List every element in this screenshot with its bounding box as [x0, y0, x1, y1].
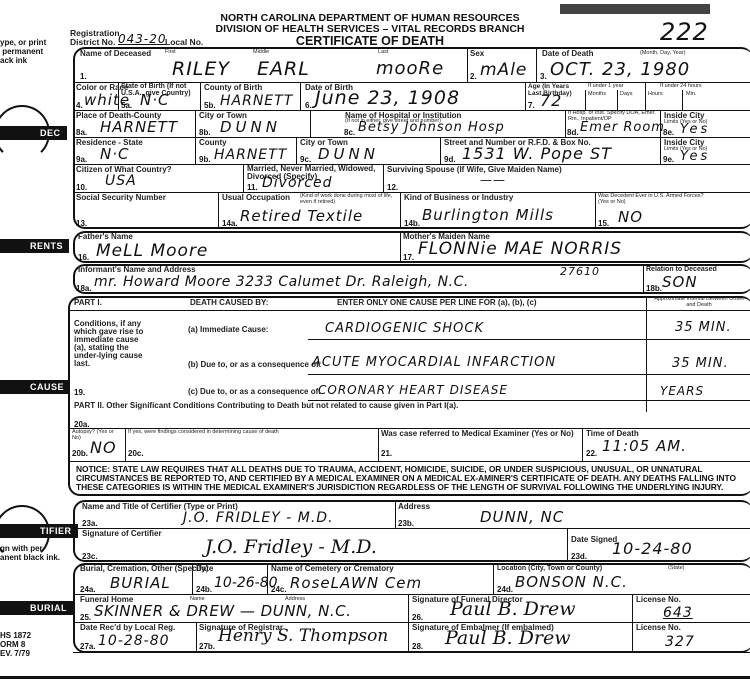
- field-number: 20c.: [128, 449, 144, 458]
- date-format-label: (Month, Day, Year): [640, 51, 685, 57]
- residence-state-value: N·C: [100, 147, 129, 162]
- section-tab-parents: RENTS: [0, 239, 69, 253]
- field-number: 9d.: [444, 155, 456, 164]
- relation-label: Relation to Deceased: [646, 266, 717, 273]
- field-number: 25.: [80, 613, 91, 622]
- field-number: 24a.: [80, 585, 96, 594]
- residence-inside-city-value: Yes: [680, 150, 710, 163]
- field-number: 24b.: [196, 585, 212, 594]
- field-number: 21.: [381, 449, 392, 458]
- field-number: 20b.: [72, 449, 88, 458]
- residence-county-label: County: [199, 139, 227, 147]
- section-tab-decedent: DEC: [0, 126, 67, 140]
- burial-date-value: 10-26-80: [214, 576, 278, 590]
- citizenship-value: USA: [105, 174, 137, 188]
- field-number: 24d.: [497, 585, 513, 594]
- occupation-sublabel: (Kind of work done during most of life, …: [300, 194, 398, 205]
- field-number: 23d.: [571, 552, 587, 561]
- county-of-birth-label: County of Birth: [204, 84, 262, 92]
- cause-b-label: (b) Due to, or as a consequence of:: [188, 361, 321, 369]
- field-number: 18a.: [76, 284, 92, 293]
- field-number: 18b.: [646, 284, 662, 293]
- field-number: 6.: [305, 101, 312, 110]
- field-number: 17.: [403, 253, 414, 262]
- findings-label: If yes, were findings considered in dete…: [128, 430, 279, 436]
- hours-label: Hours: [648, 92, 663, 98]
- armed-forces-value: NO: [618, 210, 643, 225]
- immediate-cause-label: (a) Immediate Cause:: [188, 326, 268, 334]
- field-number: 23a.: [82, 519, 98, 528]
- registrar-signature: Henry S. Thompson: [218, 628, 388, 645]
- location-label: Location (City, Town or County): [497, 565, 602, 572]
- spouse-value: ——: [480, 174, 506, 186]
- embalmer-signature: Paul B. Drew: [445, 629, 570, 648]
- disposition-value: BURIAL: [110, 576, 171, 591]
- field-number: 8b.: [199, 128, 211, 137]
- under-24-hours-label: If under 24 hours: [660, 84, 702, 90]
- informant-label: Informant's Name and Address: [78, 266, 196, 274]
- field-number: 4.: [76, 101, 83, 110]
- business-label: Kind of Business or Industry: [404, 194, 513, 202]
- field-number: 26.: [412, 613, 423, 622]
- field-number: 8e.: [663, 128, 674, 137]
- date-received-label: Date Rec'd by Local Reg.: [80, 624, 175, 632]
- field-number: 7.: [528, 101, 535, 110]
- first-name-label: First: [165, 50, 176, 56]
- medical-examiner-label: Was case referred to Medical Examiner (Y…: [381, 430, 574, 438]
- field-number: 24c.: [271, 585, 287, 594]
- local-number-label: Local No.: [165, 38, 203, 47]
- under-year-label: If under 1 year: [588, 84, 623, 90]
- certifier-name-value: J.O. FRIDLEY - M.D.: [183, 511, 334, 525]
- residence-county-value: HARNETT: [214, 148, 287, 162]
- sex-value: mAle: [480, 62, 527, 79]
- occupation-value: Retired Textile: [240, 209, 363, 224]
- months-label: Months: [588, 92, 606, 98]
- immediate-cause-interval: 35 MIN.: [675, 321, 732, 334]
- middle-name-label: Middle: [253, 50, 269, 56]
- certifier-signature: J.O. Fridley - M.D.: [205, 538, 377, 557]
- field-number: 2.: [470, 72, 477, 81]
- section-tab-cause: CAUSE: [0, 380, 70, 394]
- certifier-address-label: Address: [398, 503, 430, 511]
- hospital-value: Betsy Johnson Hosp: [358, 121, 505, 134]
- cause-c-value: CORONARY HEART DISEASE: [318, 384, 508, 396]
- sex-label: Sex: [470, 50, 484, 58]
- field-number: 3.: [540, 72, 547, 81]
- document-header: NORTH CAROLINA DEPARTMENT OF HUMAN RESOU…: [205, 13, 535, 48]
- district-number: 043-20: [118, 33, 167, 45]
- field-number: 27a.: [80, 642, 96, 651]
- embalmer-license-label: License No.: [636, 624, 681, 632]
- interval-label: Approximate Interval Between Onset and D…: [650, 297, 748, 309]
- field-number: 11.: [247, 183, 258, 192]
- funeral-director-signature: Paul B. Drew: [450, 600, 575, 619]
- county-of-birth-value: HARNETT: [220, 94, 293, 108]
- conditions-note: Conditions, if any which gave rise to im…: [74, 320, 150, 368]
- director-license-label: License No.: [636, 596, 681, 604]
- certifier-address-value: DUNN, NC: [480, 510, 564, 525]
- field-number: 23c.: [82, 552, 98, 561]
- field-number: 14a.: [222, 219, 238, 228]
- immediate-cause-value: CARDIOGENIC SHOCK: [325, 322, 484, 335]
- field-number: 23b.: [398, 519, 414, 528]
- cause-b-interval: 35 MIN.: [672, 357, 729, 370]
- legal-notice: NOTICE: STATE LAW REQUIRES THAT ALL DEAT…: [76, 465, 748, 493]
- field-number: 14b.: [404, 219, 420, 228]
- bottom-rule: [0, 676, 750, 679]
- time-of-death-value: 11:05 AM.: [602, 439, 687, 454]
- minutes-label: Min.: [686, 92, 696, 98]
- certifier-signature-label: Signature of Certifier: [82, 530, 162, 538]
- field-number: 16.: [78, 253, 89, 262]
- middle-name-value: EARL: [257, 60, 310, 79]
- date-of-death-label: Date of Death: [542, 50, 594, 58]
- field-number: 27b.: [199, 642, 215, 651]
- redaction-mark: [560, 4, 710, 14]
- field-number: 9e.: [663, 155, 674, 164]
- state-label: (State): [668, 566, 685, 572]
- field-number: 19.: [74, 388, 85, 397]
- funeral-home-value: SKINNER & DREW — DUNN, N.C.: [94, 604, 351, 619]
- field-number: 15.: [598, 219, 609, 228]
- section-tab-burial: BURIAL: [0, 601, 73, 615]
- field-number: 22.: [586, 449, 597, 458]
- field-number: 5a.: [121, 101, 132, 110]
- hospital-type-value: Emer Room: [580, 121, 665, 134]
- inside-city-value: Yes: [680, 123, 710, 136]
- director-license-value: 643: [663, 606, 693, 620]
- burial-date-label: Date: [196, 565, 213, 573]
- name-label: Name of Deceased: [80, 50, 151, 58]
- part2-label: PART II. Other Significant Conditions Co…: [74, 402, 458, 410]
- marital-status-value: Divorced: [262, 176, 332, 190]
- death-caused-label: DEATH CAUSED BY:: [190, 299, 268, 307]
- cemetery-value: RoseLAWN Cem: [290, 576, 422, 591]
- certificate-number: 222: [660, 20, 709, 44]
- cause-b-value: ACUTE MYOCARDIAL INFARCTION: [312, 356, 556, 369]
- embalmer-license-value: 327: [665, 635, 695, 649]
- mother-value: FLONNie MAE NORRIS: [418, 241, 622, 258]
- field-number: 10.: [76, 183, 87, 192]
- father-value: MeLL Moore: [96, 243, 208, 260]
- spouse-label: Surviving Spouse (If Wife, Give Maiden N…: [387, 166, 562, 174]
- state-of-birth-value: N·C: [140, 93, 169, 108]
- last-name-label: Last: [378, 50, 388, 56]
- relation-value: SON: [662, 275, 698, 290]
- death-city-value: DUNN: [220, 120, 281, 135]
- part1-label: PART I.: [74, 299, 102, 307]
- autopsy-value: NO: [90, 440, 117, 456]
- date-signed-value: 10-24-80: [612, 541, 693, 557]
- instruction-note: ype, or print permanent ack ink: [0, 38, 46, 66]
- field-number: 9a.: [76, 155, 87, 164]
- date-signed-label: Date Signed: [571, 536, 617, 544]
- signature-note: gn with per- anent black ink.: [0, 544, 60, 562]
- first-name-value: RILEY: [172, 60, 230, 79]
- field-number: 1.: [80, 72, 87, 81]
- field-number: 8d.: [567, 128, 579, 137]
- cemetery-label: Name of Cemetery or Crematory: [271, 565, 394, 573]
- district-label: District No.: [70, 38, 115, 47]
- field-number: 9b.: [199, 155, 211, 164]
- field-number: 8a.: [76, 128, 87, 137]
- disposition-label: Burial, Cremation, Other (Specify): [80, 565, 208, 573]
- residence-city-value: DUNN: [318, 147, 379, 162]
- field-number: 13.: [76, 219, 87, 228]
- form-number: HS 1872 ORM 8 EV. 7/79: [0, 631, 31, 659]
- business-value: Burlington Mills: [422, 208, 554, 223]
- field-number: 28.: [412, 642, 423, 651]
- date-of-death-value: OCT. 23, 1980: [550, 61, 690, 79]
- location-value: BONSON N.C.: [515, 575, 628, 590]
- occupation-label: Usual Occupation: [222, 194, 290, 202]
- informant-value: mr. Howard Moore 3233 Calumet Dr. Raleig…: [94, 275, 469, 289]
- cause-c-label: (c) Due to, or as a consequence of:: [188, 388, 321, 396]
- field-number: 5b.: [204, 101, 216, 110]
- enter-one-cause-label: ENTER ONLY ONE CAUSE PER LINE FOR (a), (…: [337, 299, 537, 307]
- field-number: 9c.: [300, 155, 311, 164]
- section-tab-certifier: TIFIER: [0, 524, 78, 538]
- ssn-label: Social Security Number: [76, 194, 166, 202]
- last-name-value: mooRe: [376, 60, 444, 78]
- date-received-value: 10-28-80: [98, 634, 170, 648]
- armed-forces-label: Was Decedent Ever in U.S. Armed Forces? …: [598, 194, 708, 205]
- father-label: Father's Name: [78, 233, 133, 241]
- age-value: 72: [540, 93, 562, 109]
- place-of-death-county-value: HARNETT: [100, 120, 178, 135]
- field-number: 12.: [387, 183, 398, 192]
- days-label: Days: [620, 92, 633, 98]
- date-of-birth-value: June 23, 1908: [315, 89, 460, 108]
- informant-zip: 27610: [560, 266, 600, 277]
- field-number: 8c.: [344, 128, 355, 137]
- cause-c-interval: YEARS: [660, 385, 704, 397]
- street-value: 1531 W. Pope ST: [462, 146, 612, 162]
